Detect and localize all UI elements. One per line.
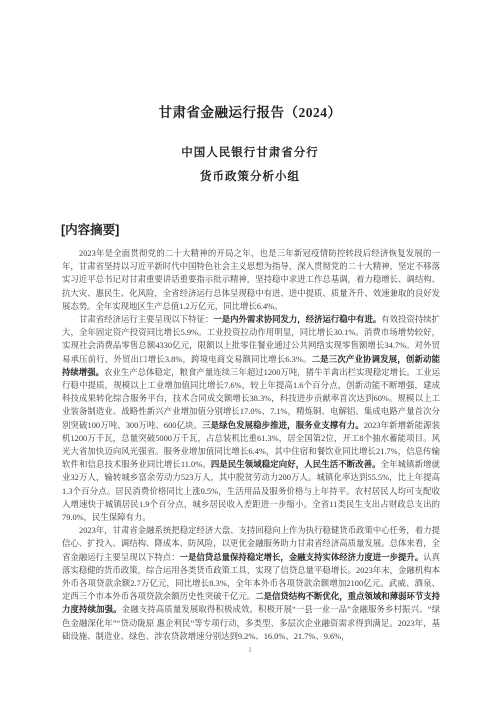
document-page: 甘肃省金融运行报告（2024） 中国人民银行甘肃省分行 货币政策分析小组 [内容… bbox=[0, 0, 500, 707]
summary-bold-heading: 四是民生领域稳定向好，人民生活不断改善。 bbox=[211, 460, 381, 469]
document-author-group: 货币政策分析小组 bbox=[0, 168, 500, 184]
summary-bold-heading: 一是信贷总量保持稳定增长，金融支持实体经济力度进一步提升。 bbox=[180, 553, 424, 562]
summary-bold-heading: 三是绿色发展稳步推进，服务业支撑有力。 bbox=[202, 421, 364, 430]
document-title: 甘肃省金融运行报告（2024） bbox=[0, 101, 500, 121]
content-summary-header: [内容摘要] bbox=[61, 220, 119, 238]
summary-paragraph: 甘肃省经济运行主要呈现以下特征：一是内外需求协同发力，经济运行稳中有进。有效投资… bbox=[62, 313, 440, 524]
summary-paragraph: 2023年是全面贯彻党的二十大精神的开局之年，也是三年新冠疫情防控转段后经济恢复… bbox=[62, 247, 440, 313]
page-number: 1 bbox=[0, 645, 500, 654]
document-author-org: 中国人民银行甘肃省分行 bbox=[0, 144, 500, 160]
content-summary-body: 2023年是全面贯彻党的二十大精神的开局之年，也是三年新冠疫情防控转段后经济恢复… bbox=[62, 247, 440, 643]
summary-bold-heading: 一是内外需求协同发力，经济运行稳中有进。 bbox=[213, 315, 381, 324]
summary-text-run: 2023年是全面贯彻党的二十大精神的开局之年，也是三年新冠疫情防控转段后经济恢复… bbox=[62, 249, 440, 311]
summary-text-run: 全年城镇新增就业32万人，输转城乡富余劳动力523万人，其中脱贫劳动力200万人… bbox=[62, 460, 440, 522]
summary-text-run: 甘肃省经济运行主要呈现以下特征： bbox=[79, 315, 213, 324]
summary-paragraph: 2023年，甘肃省金融系统把稳定经济大盘、支持回稳向上作为执行稳健货币政策中心任… bbox=[62, 524, 440, 643]
